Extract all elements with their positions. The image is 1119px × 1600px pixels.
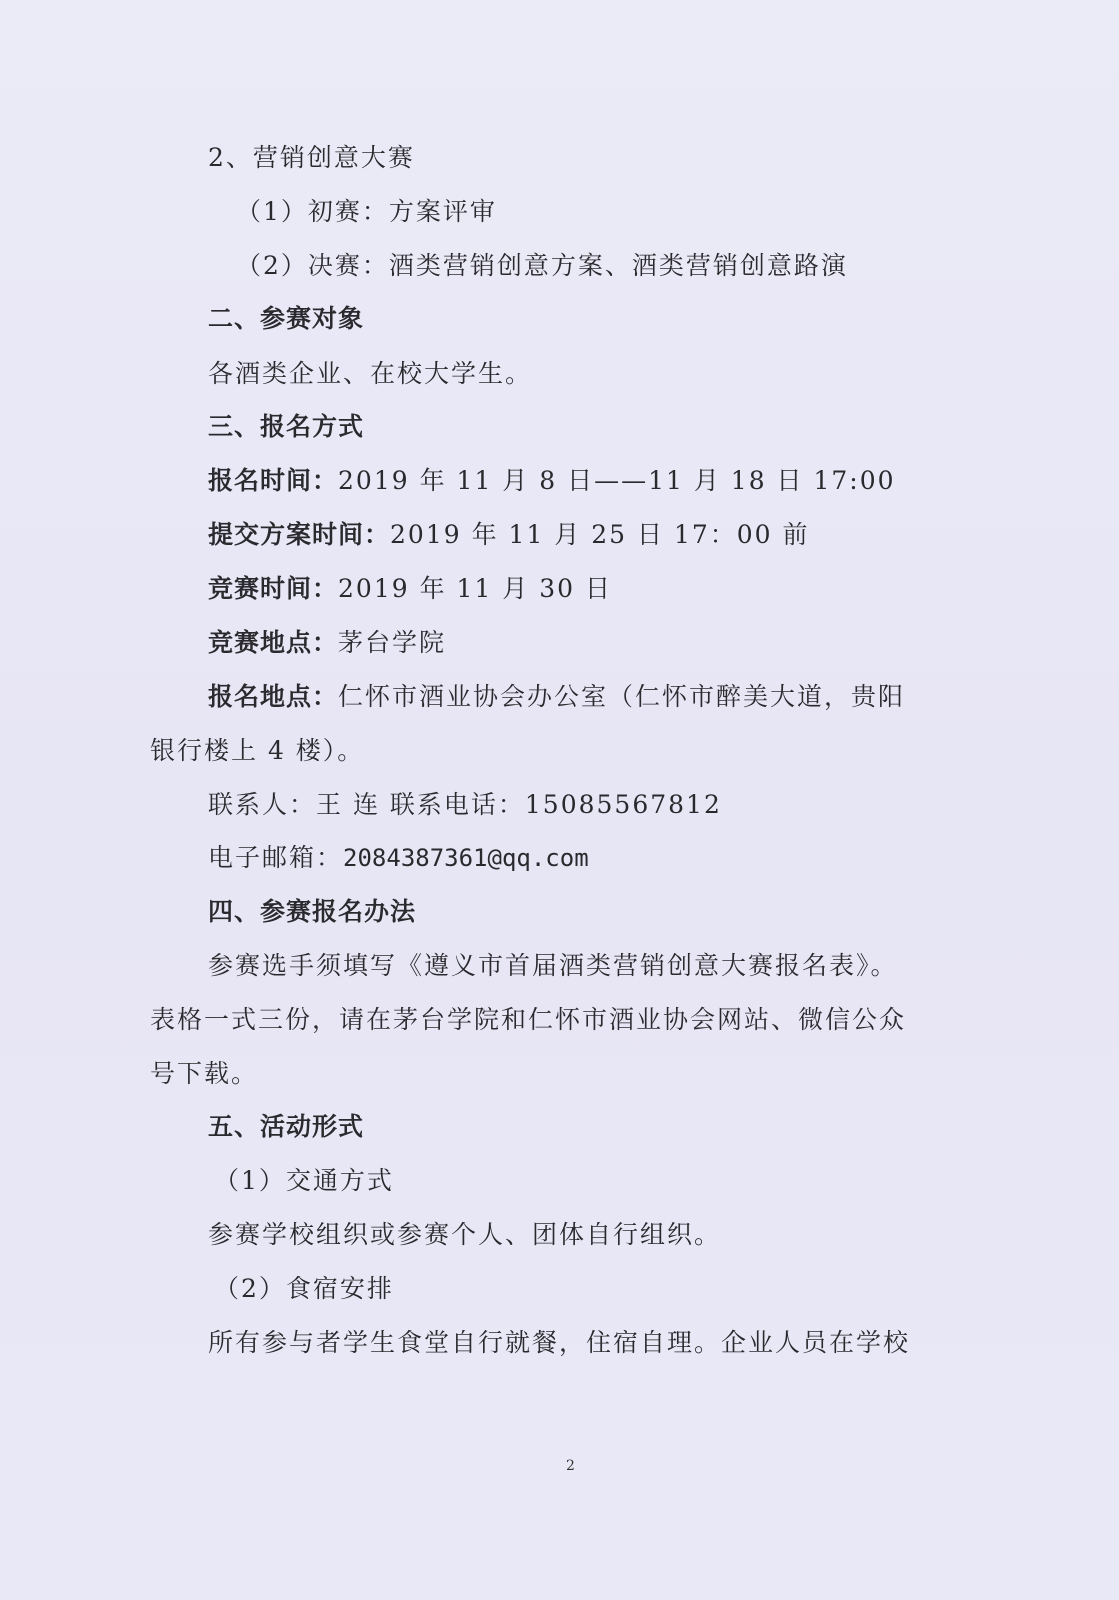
preliminary-round: （1）初赛：方案评审 <box>236 195 497 229</box>
competition-time-value: 2019 年 11 月 30 日 <box>338 574 612 603</box>
contact-info: 联系人：王 连 联系电话：15085567812 <box>208 788 722 822</box>
email-address[interactable]: 2084387361@qq.com <box>343 844 589 872</box>
email-label: 电子邮箱： <box>208 843 343 872</box>
competition-place: 竞赛地点：茅台学院 <box>208 626 446 660</box>
competition-time-label: 竞赛时间： <box>208 574 338 603</box>
competition-place-value: 茅台学院 <box>338 628 446 657</box>
registration-place-label: 报名地点： <box>208 682 338 711</box>
registration-place: 报名地点：仁怀市酒业协会办公室（仁怀市醉美大道，贵阳 <box>208 680 905 714</box>
registration-time-value: 2019 年 11 月 8 日——11 月 18 日 17:00 <box>338 466 896 495</box>
section-5-heading: 五、活动形式 <box>208 1110 364 1144</box>
section-2-heading: 二、参赛对象 <box>208 302 364 336</box>
section-3-heading: 三、报名方式 <box>208 410 364 444</box>
submission-time: 提交方案时间：2019 年 11 月 25 日 17：00 前 <box>208 518 810 552</box>
submission-time-label: 提交方案时间： <box>208 520 390 549</box>
method-paragraph-line-2: 表格一式三份，请在茅台学院和仁怀市酒业协会网站、微信公众 <box>150 1003 906 1037</box>
page-number: 2 <box>566 1458 575 1474</box>
method-paragraph-line-1: 参赛选手须填写《遵义市首届酒类营销创意大赛报名表》。 <box>208 949 898 983</box>
section-4-heading: 四、参赛报名办法 <box>208 895 416 929</box>
transport-text: 参赛学校组织或参赛个人、团体自行组织。 <box>208 1218 721 1252</box>
email-line: 电子邮箱：2084387361@qq.com <box>208 841 589 875</box>
registration-time: 报名时间：2019 年 11 月 8 日——11 月 18 日 17:00 <box>208 464 896 498</box>
accommodation-text: 所有参与者学生食堂自行就餐，住宿自理。企业人员在学校 <box>208 1326 910 1360</box>
submission-time-value: 2019 年 11 月 25 日 17：00 前 <box>390 520 810 549</box>
subsection-accommodation: （2）食宿安排 <box>214 1272 394 1306</box>
registration-place-continued: 银行楼上 4 楼）。 <box>150 734 364 768</box>
item-2-title: 2、营销创意大赛 <box>208 141 415 175</box>
registration-place-value: 仁怀市酒业协会办公室（仁怀市醉美大道，贵阳 <box>338 682 905 711</box>
participants-text: 各酒类企业、在校大学生。 <box>208 357 532 391</box>
competition-time: 竞赛时间：2019 年 11 月 30 日 <box>208 572 612 606</box>
registration-time-label: 报名时间： <box>208 466 338 495</box>
subsection-transport: （1）交通方式 <box>214 1164 394 1198</box>
competition-place-label: 竞赛地点： <box>208 628 338 657</box>
document-page: 2、营销创意大赛 （1）初赛：方案评审 （2）决赛：酒类营销创意方案、酒类营销创… <box>0 0 1119 1600</box>
final-round: （2）决赛：酒类营销创意方案、酒类营销创意路演 <box>236 249 848 283</box>
method-paragraph-line-3: 号下载。 <box>150 1057 258 1091</box>
